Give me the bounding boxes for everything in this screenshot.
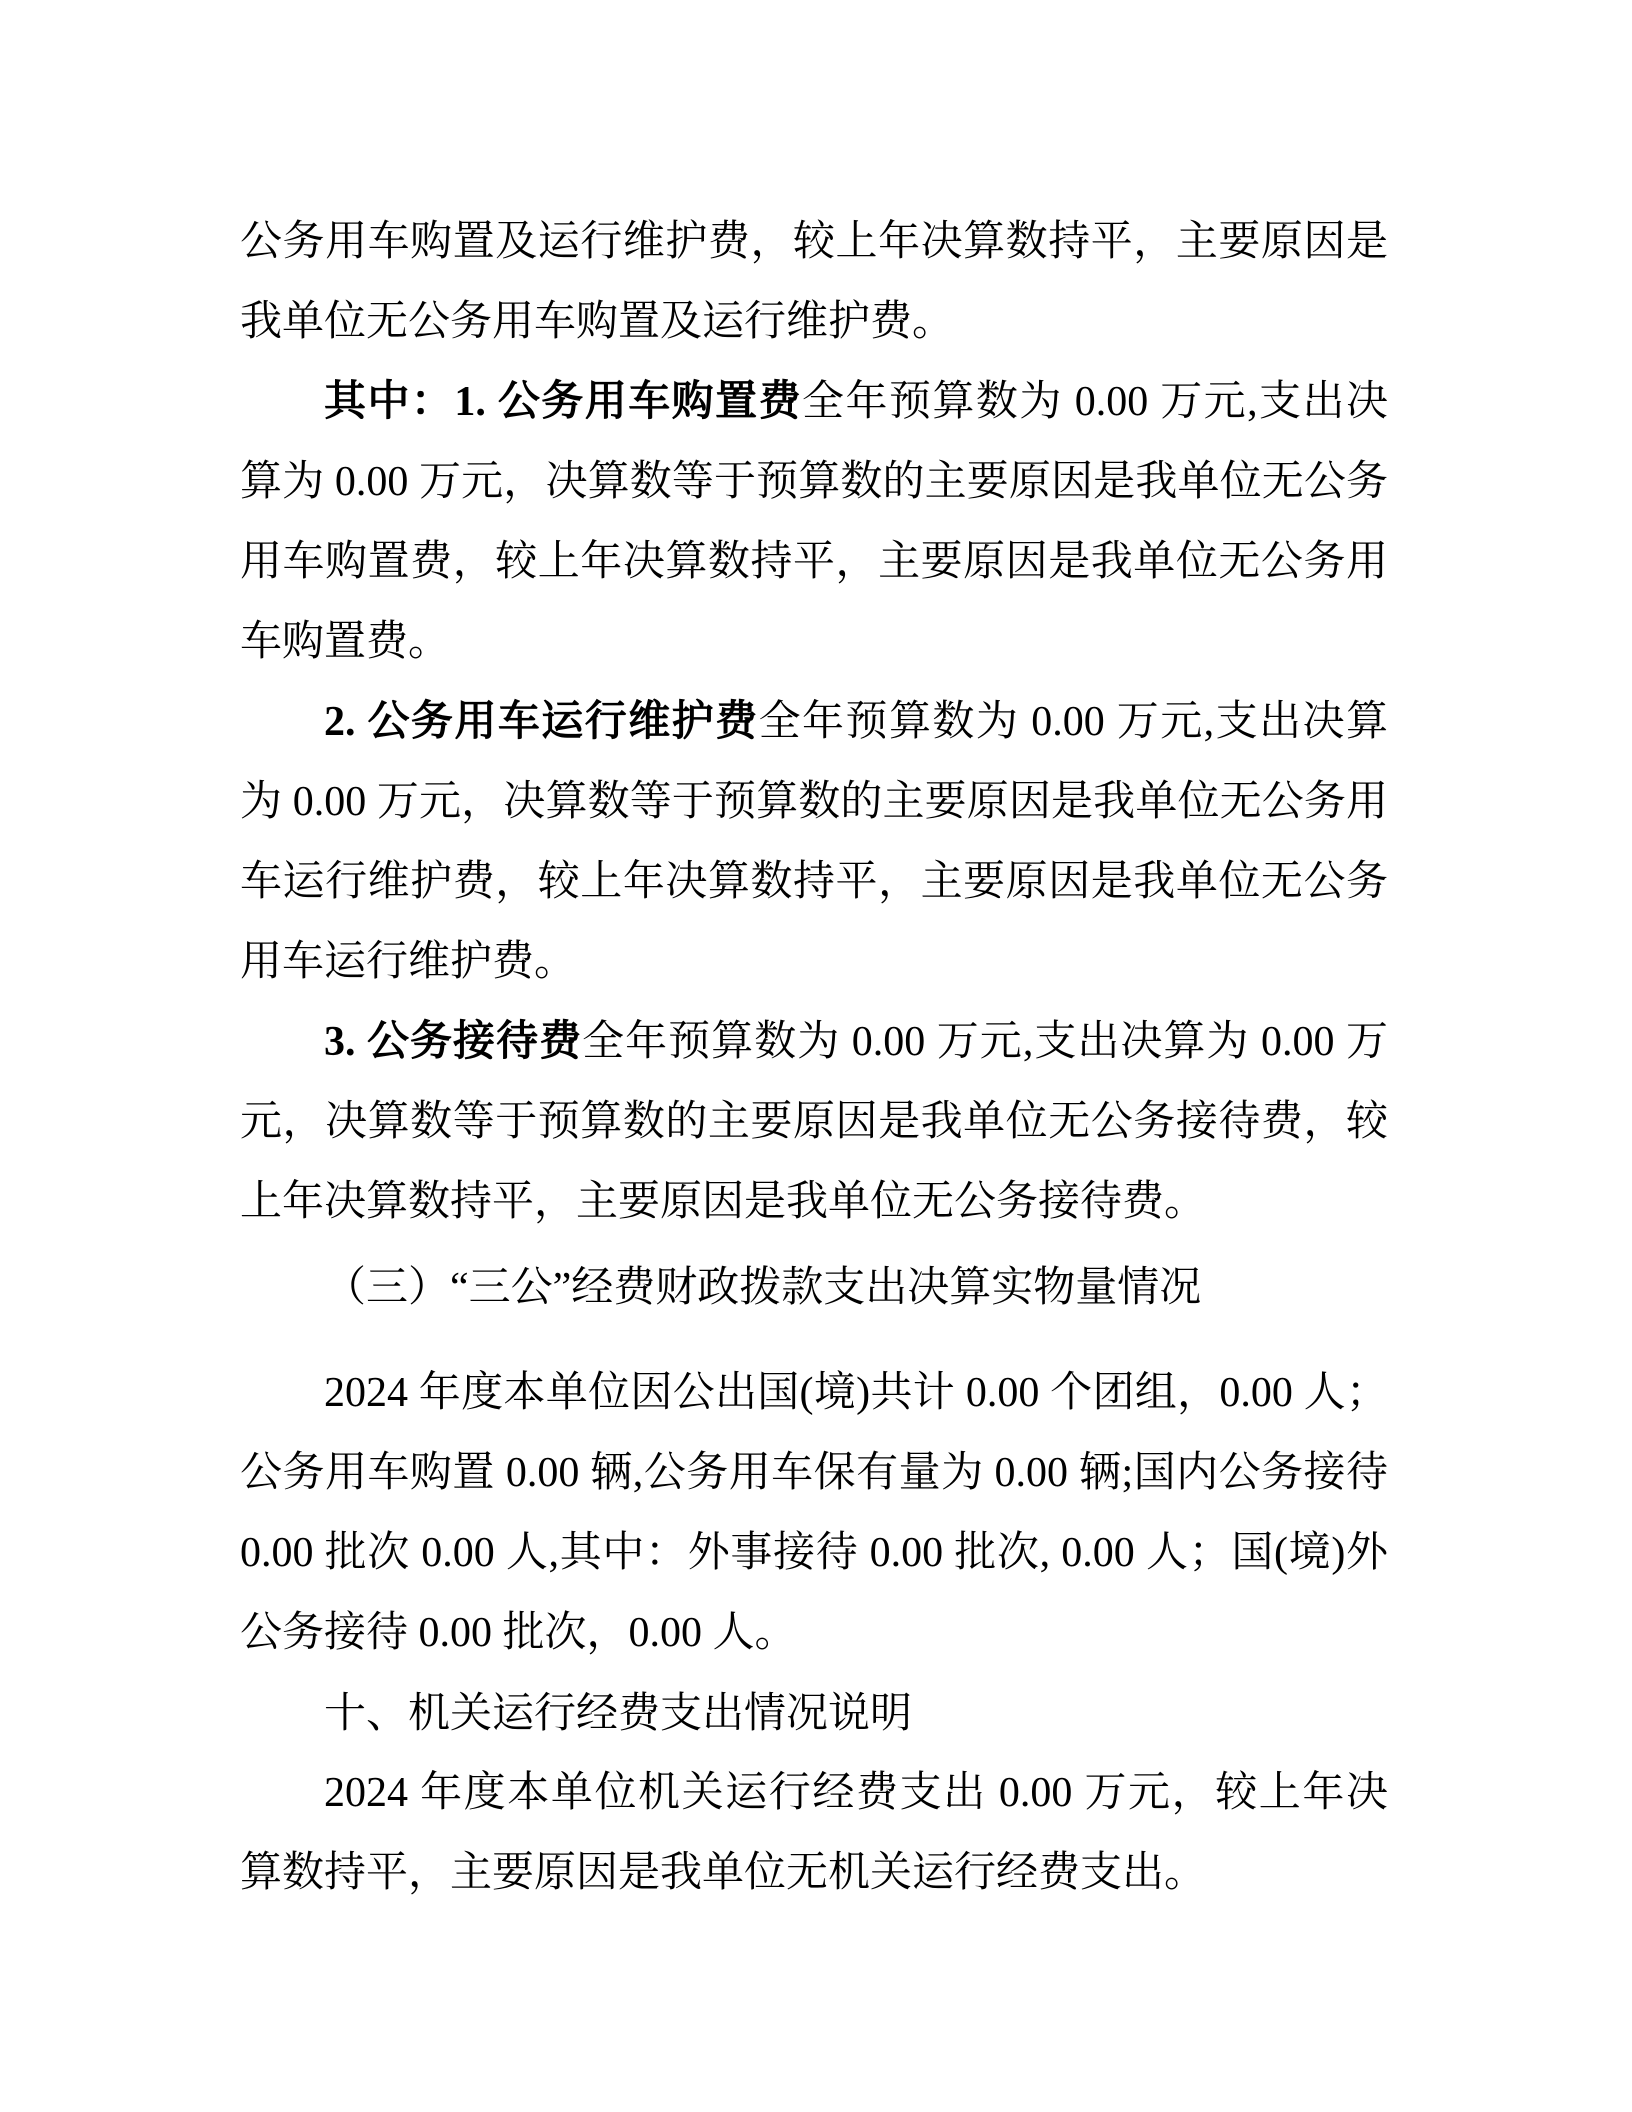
document-page: 公务用车购置及运行维护费，较上年决算数持平，主要原因是我单位无公务用车购置及运行… <box>0 0 1632 2112</box>
text-segment: 公务用车购置及运行维护费，较上年决算数持平，主要原因是我单位无公务用车购置及运行… <box>240 219 1388 345</box>
body-paragraph: 其中：1. 公务用车购置费全年预算数为 0.00 万元,支出决算为 0.00 万… <box>240 362 1388 682</box>
subsection-heading: （三）“三公”经费财政拨款支出决算实物量情况 <box>240 1248 1388 1328</box>
text-segment-bold: 3. 公务接待费 <box>324 1019 582 1065</box>
text-segment-bold: 其中：1. 公务用车购置费 <box>324 379 802 425</box>
body-paragraph: 2. 公务用车运行维护费全年预算数为 0.00 万元,支出决算为 0.00 万元… <box>240 682 1388 1002</box>
body-paragraph: 2024 年度本单位机关运行经费支出 0.00 万元，较上年决算数持平，主要原因… <box>240 1753 1388 1913</box>
body-paragraph: 2024 年度本单位因公出国(境)共计 0.00 个团组，0.00 人；公务用车… <box>240 1353 1388 1673</box>
text-segment: 2024 年度本单位因公出国(境)共计 0.00 个团组，0.00 人；公务用车… <box>240 1370 1388 1656</box>
body-paragraph: 公务用车购置及运行维护费，较上年决算数持平，主要原因是我单位无公务用车购置及运行… <box>240 202 1388 362</box>
document-content: 公务用车购置及运行维护费，较上年决算数持平，主要原因是我单位无公务用车购置及运行… <box>240 202 1388 1913</box>
text-segment-bold: 2. 公务用车运行维护费 <box>324 699 759 745</box>
section-heading: 十、机关运行经费支出情况说明 <box>240 1673 1388 1753</box>
body-paragraph: 3. 公务接待费全年预算数为 0.00 万元,支出决算为 0.00 万元，决算数… <box>240 1002 1388 1242</box>
text-segment: 2024 年度本单位机关运行经费支出 0.00 万元，较上年决算数持平，主要原因… <box>240 1770 1388 1896</box>
